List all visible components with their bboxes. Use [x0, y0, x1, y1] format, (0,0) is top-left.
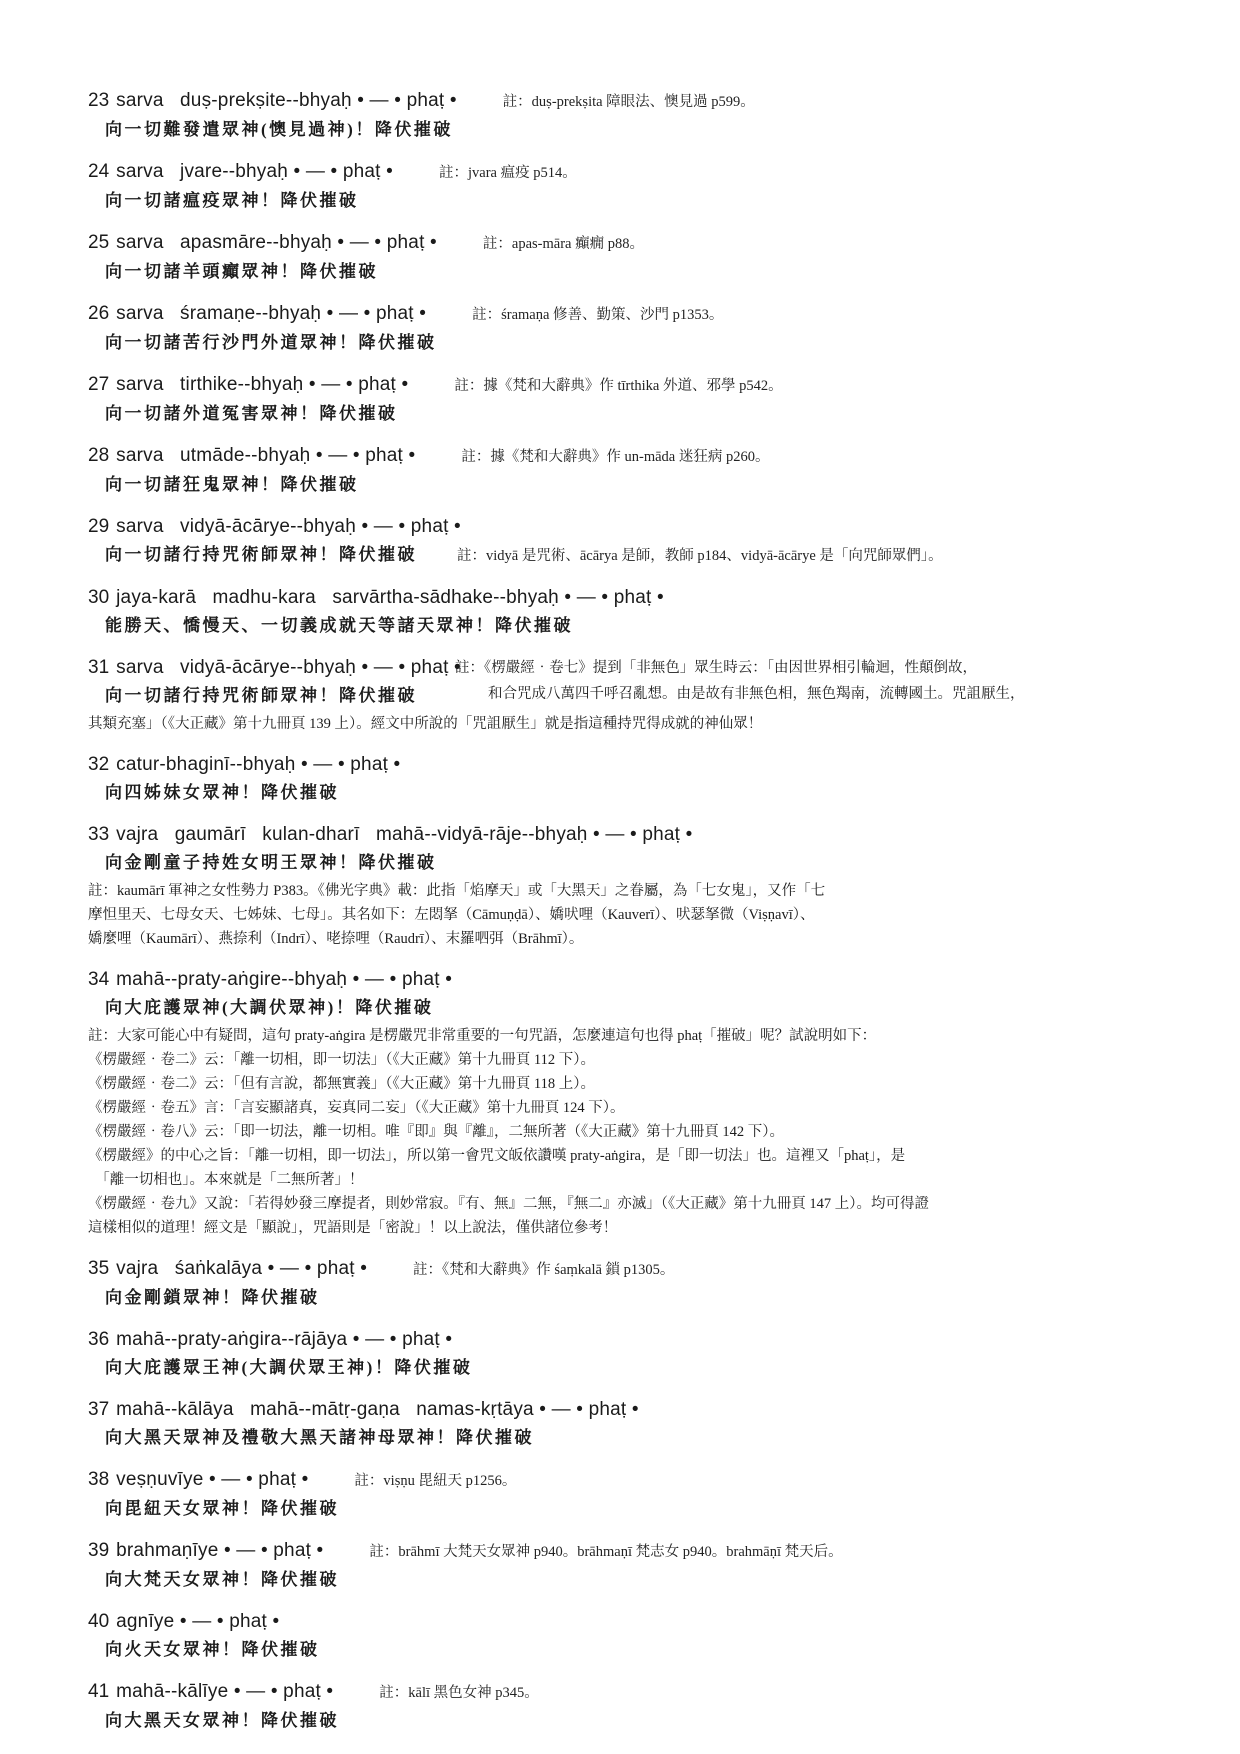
entry-line-chinese: 向大梵天女眾神！降伏摧破: [88, 1567, 1210, 1593]
entry-line-chinese: 向一切諸行持咒術師眾神！降伏摧破 註：vidyā 是咒術、ācārya 是師，教…: [88, 542, 1210, 569]
entry-chinese-translation: 能勝天、憍慢天、一切義成就天等諸天眾神！降伏摧破: [88, 613, 573, 639]
entry-sanskrit-text: sarva apasmāre--bhyaḥ • — • phaṭ •: [116, 230, 437, 256]
entry-line-chinese: 向一切諸瘟疫眾神！降伏摧破: [88, 188, 1210, 214]
entry-sanskrit-text: jaya-karā madhu-kara sarvārtha-sādhake--…: [116, 585, 664, 611]
entry-sanskrit-text: mahā--praty-aṅgira--rājāya • — • phaṭ •: [116, 1327, 452, 1353]
entry-sanskrit-text: sarva duṣ-prekṣite--bhyaḥ • — • phaṭ •: [116, 88, 457, 114]
entry-side-note: 註：據《梵和大辭典》作 tīrthika 外道、邪學 p542。: [454, 373, 782, 399]
block-note-line: 《楞嚴經‧卷五》言：「言妄顯諸真，妄真同二妄」（《大正藏》第十九冊頁 124 下…: [88, 1096, 1210, 1120]
entry-line-sanskrit: 27 sarva tirthike--bhyaḥ • — • phaṭ • 註：…: [88, 372, 1210, 399]
entry-chinese-translation: 向大庇護眾神(大調伏眾神)！降伏摧破: [88, 995, 433, 1021]
entry-chinese-translation: 向毘紐天女眾神！降伏摧破: [88, 1496, 339, 1522]
entry-line-sanskrit: 34 mahā--praty-aṅgire--bhyaḥ • — • phaṭ …: [88, 967, 1210, 993]
entry-number: 38: [88, 1467, 109, 1493]
entry-sanskrit-text: catur-bhaginī--bhyaḥ • — • phaṭ •: [116, 752, 400, 778]
entry-line-sanskrit: 39 brahmaṇīye • — • phaṭ • 註：brāhmī 大梵天女…: [88, 1538, 1210, 1565]
entry-number: 36: [88, 1327, 109, 1353]
mantra-entry: 31 sarva vidyā-ācārye--bhyaḥ • — • phaṭ …: [88, 655, 1210, 736]
entry-side-note-line2: 註：vidyā 是咒術、ācārya 是師，教師 p184、vidyā-ācār…: [457, 543, 943, 569]
mantra-entry: 38 veṣṇuvīye • — • phaṭ • 註：viṣṇu 毘紐天 p1…: [88, 1467, 1210, 1522]
entry-sanskrit-text: mahā--praty-aṅgire--bhyaḥ • — • phaṭ •: [116, 967, 452, 993]
entry-chinese-translation: 向一切諸外道冤害眾神！降伏摧破: [88, 401, 398, 427]
entry-line-chinese: 向金剛童子持姓女明王眾神！降伏摧破: [88, 850, 1210, 876]
block-note-line: 註：大家可能心中有疑問，這句 praty-aṅgira 是楞嚴咒非常重要的一句咒…: [88, 1024, 1210, 1048]
entry-sanskrit-text: agnīye • — • phaṭ •: [116, 1609, 279, 1635]
entry-line-chinese: 向大黑天眾神及禮敬大黑天諸神母眾神！降伏摧破: [88, 1425, 1210, 1451]
entry-line-chinese: 向火天女眾神！降伏摧破: [88, 1637, 1210, 1663]
entry-chinese-translation: 向金剛鎖眾神！降伏摧破: [88, 1285, 320, 1311]
entry-line-chinese: 向一切諸外道冤害眾神！降伏摧破: [88, 401, 1210, 427]
entry-number: 33: [88, 822, 109, 848]
block-note-line: 《楞嚴經‧卷八》云：「即一切法，離一切相。唯『即』與『離』，二無所著（《大正藏》…: [88, 1120, 1210, 1144]
entry-chinese-translation: 向大庇護眾王神(大調伏眾王神)！降伏摧破: [88, 1355, 472, 1381]
entry-number: 30: [88, 585, 109, 611]
mantra-entry: 28 sarva utmāde--bhyaḥ • — • phaṭ • 註：據《…: [88, 443, 1210, 498]
note-column-line: 和合咒成八萬四千呼召亂想。由是故有非無色相，無色羯南，流轉國土。咒詛厭生，: [455, 681, 1175, 707]
mantra-entry: 26 sarva śramaṇe--bhyaḥ • — • phaṭ • 註：ś…: [88, 301, 1210, 356]
entry-line-chinese: 向一切諸苦行沙門外道眾神！降伏摧破: [88, 330, 1210, 356]
entry-number: 23: [88, 88, 109, 114]
mantra-entry: 24 sarva jvare--bhyaḥ • — • phaṭ • 註：jva…: [88, 159, 1210, 214]
block-note-line: 「離一切相也」。本來就是「二無所著」！: [88, 1168, 1210, 1192]
entry-chinese-translation: 向一切諸行持咒術師眾神！降伏摧破: [88, 542, 417, 568]
entry-line-sanskrit: 38 veṣṇuvīye • — • phaṭ • 註：viṣṇu 毘紐天 p1…: [88, 1467, 1210, 1494]
entry-line-sanskrit: 35 vajra śaṅkalāya • — • phaṭ • 註：《梵和大辭典…: [88, 1256, 1210, 1283]
block-note-line: 《楞嚴經‧卷二》云：「離一切相，即一切法」（《大正藏》第十九冊頁 112 下）。: [88, 1048, 1210, 1072]
entry-chinese-translation: 向金剛童子持姓女明王眾神！降伏摧破: [88, 850, 437, 876]
entry-line-sanskrit: 25 sarva apasmāre--bhyaḥ • — • phaṭ • 註：…: [88, 230, 1210, 257]
entry-block-note: 註：大家可能心中有疑問，這句 praty-aṅgira 是楞嚴咒非常重要的一句咒…: [88, 1024, 1210, 1240]
entry-block-note: 註：kaumārī 軍神之女性勢力 P383。《佛光字典》載：此指「焰摩天」或「…: [88, 879, 1210, 951]
document-page: 23 sarva duṣ-prekṣite--bhyaḥ • — • phaṭ …: [0, 0, 1240, 1734]
entry-line-chinese: 向一切諸羊頭癲眾神！降伏摧破: [88, 259, 1210, 285]
mantra-entry: 25 sarva apasmāre--bhyaḥ • — • phaṭ • 註：…: [88, 230, 1210, 285]
block-note-line: 《楞嚴經》的中心之旨：「離一切相，即一切法」，所以第一會咒文皈依讚嘆 praty…: [88, 1144, 1210, 1168]
entry-number: 26: [88, 301, 109, 327]
mantra-entry: 41 mahā--kālīye • — • phaṭ • 註：kālī 黑色女神…: [88, 1679, 1210, 1734]
entry-line-sanskrit: 32 catur-bhaginī--bhyaḥ • — • phaṭ •: [88, 752, 1210, 778]
entry-chinese-translation: 向大梵天女眾神！降伏摧破: [88, 1567, 339, 1593]
entry-chinese-translation: 向一切諸苦行沙門外道眾神！降伏摧破: [88, 330, 437, 356]
entry-line-chinese: 向金剛鎖眾神！降伏摧破: [88, 1285, 1210, 1311]
note-column-line: 註：《楞嚴經‧卷七》提到「非無色」眾生時云：「由因世界相引輪迴，性顛倒故，: [455, 655, 1175, 681]
entry-sanskrit-text: sarva jvare--bhyaḥ • — • phaṭ •: [116, 159, 393, 185]
entry-sanskrit-text: veṣṇuvīye • — • phaṭ •: [116, 1467, 308, 1493]
entry-line-chinese: 能勝天、憍慢天、一切義成就天等諸天眾神！降伏摧破: [88, 613, 1210, 639]
entry-line-chinese: 向大庇護眾王神(大調伏眾王神)！降伏摧破: [88, 1355, 1210, 1381]
entry-line-sanskrit: 41 mahā--kālīye • — • phaṭ • 註：kālī 黑色女神…: [88, 1679, 1210, 1706]
block-note-line: 摩怛里天、七母女天、七姊妹、七母」。其名如下：左悶拏（Cāmuṇḍā）、嬌吠哩（…: [88, 903, 1210, 927]
entry-side-note: 註：viṣṇu 毘紐天 p1256。: [354, 1468, 516, 1494]
entry-number: 29: [88, 514, 109, 540]
entry-side-note: 註：apas-māra 癲癇 p88。: [483, 231, 644, 257]
entry-sanskrit-text: sarva vidyā-ācārye--bhyaḥ • — • phaṭ •: [116, 655, 461, 681]
block-note-line: 《楞嚴經‧卷二》云：「但有言說，都無實義」（《大正藏》第十九冊頁 118 上）。: [88, 1072, 1210, 1096]
mantra-entry: 32 catur-bhaginī--bhyaḥ • — • phaṭ • 向四姊…: [88, 752, 1210, 806]
block-note-line: 註：kaumārī 軍神之女性勢力 P383。《佛光字典》載：此指「焰摩天」或「…: [88, 879, 1210, 903]
entry-number: 28: [88, 443, 109, 469]
mantra-entry: 27 sarva tirthike--bhyaḥ • — • phaṭ • 註：…: [88, 372, 1210, 427]
block-note-line: 《楞嚴經‧卷九》又說：「若得妙發三摩提者，則妙常寂。『有、無』二無，『無二』亦滅…: [88, 1192, 1210, 1216]
entry-sanskrit-text: sarva tirthike--bhyaḥ • — • phaṭ •: [116, 372, 408, 398]
entry-side-note: 註：據《梵和大辭典》作 un-māda 迷狂病 p260。: [461, 444, 769, 470]
entry-sanskrit-text: vajra śaṅkalāya • — • phaṭ •: [116, 1256, 367, 1282]
entry-number: 25: [88, 230, 109, 256]
mantra-entry: 40 agnīye • — • phaṭ • 向火天女眾神！降伏摧破: [88, 1609, 1210, 1663]
entry-line-sanskrit: 23 sarva duṣ-prekṣite--bhyaḥ • — • phaṭ …: [88, 88, 1210, 115]
block-note-line: 嬌麼哩（Kaumārī）、燕捺利（Indrī）、咾捺哩（Raudrī）、末羅呬弭…: [88, 927, 1210, 951]
entry-sanskrit-text: sarva vidyā-ācārye--bhyaḥ • — • phaṭ •: [116, 514, 461, 540]
entry-chinese-translation: 向一切難發遣眾神(懊見過神)！降伏摧破: [88, 117, 453, 143]
entry-chinese-translation: 向一切諸瘟疫眾神！降伏摧破: [88, 188, 359, 214]
entry-chinese-translation: 向一切諸羊頭癲眾神！降伏摧破: [88, 259, 378, 285]
entry-line-sanskrit: 40 agnīye • — • phaṭ •: [88, 1609, 1210, 1635]
mantra-entry: 30 jaya-karā madhu-kara sarvārtha-sādhak…: [88, 585, 1210, 639]
mantra-entry: 34 mahā--praty-aṅgire--bhyaḥ • — • phaṭ …: [88, 967, 1210, 1240]
entry-number: 34: [88, 967, 109, 993]
mantra-entry: 35 vajra śaṅkalāya • — • phaṭ • 註：《梵和大辭典…: [88, 1256, 1210, 1311]
entry-line-chinese: 向大庇護眾神(大調伏眾神)！降伏摧破: [88, 995, 1210, 1021]
entry-sanskrit-text: sarva śramaṇe--bhyaḥ • — • phaṭ •: [116, 301, 426, 327]
entry-side-note: 註：duṣ-prekṣita 障眼法、懊見過 p599。: [503, 89, 755, 115]
entry-number: 27: [88, 372, 109, 398]
entry-number: 39: [88, 1538, 109, 1564]
entry-note-column: 註：《楞嚴經‧卷七》提到「非無色」眾生時云：「由因世界相引輪迴，性顛倒故，和合咒…: [455, 655, 1175, 707]
entry-sanskrit-text: sarva utmāde--bhyaḥ • — • phaṭ •: [116, 443, 415, 469]
entry-number: 24: [88, 159, 109, 185]
block-note-line: 其類充塞」（《大正藏》第十九冊頁 139 上）。經文中所說的「咒詛厭生」就是指這…: [88, 712, 1210, 736]
entry-sanskrit-text: mahā--kālāya mahā--mātṛ-gaṇa namas-kṛtāy…: [116, 1397, 639, 1423]
entry-sanskrit-text: vajra gaumārī kulan-dharī mahā--vidyā-rā…: [116, 822, 692, 848]
entry-line-sanskrit: 36 mahā--praty-aṅgira--rājāya • — • phaṭ…: [88, 1327, 1210, 1353]
entry-line-chinese: 向毘紐天女眾神！降伏摧破: [88, 1496, 1210, 1522]
entry-line-sanskrit: 30 jaya-karā madhu-kara sarvārtha-sādhak…: [88, 585, 1210, 611]
entry-line-sanskrit: 37 mahā--kālāya mahā--mātṛ-gaṇa namas-kṛ…: [88, 1397, 1210, 1423]
entry-line-sanskrit: 33 vajra gaumārī kulan-dharī mahā--vidyā…: [88, 822, 1210, 848]
entry-number: 35: [88, 1256, 109, 1282]
entry-line-sanskrit: 24 sarva jvare--bhyaḥ • — • phaṭ • 註：jva…: [88, 159, 1210, 186]
mantra-entry: 36 mahā--praty-aṅgira--rājāya • — • phaṭ…: [88, 1327, 1210, 1381]
entry-number: 41: [88, 1679, 109, 1705]
entry-chinese-translation: 向一切諸行持咒術師眾神！降伏摧破: [88, 683, 417, 709]
entry-side-note: 註：śramaṇa 修善、勤策、沙門 p1353。: [472, 302, 723, 328]
entry-sanskrit-text: brahmaṇīye • — • phaṭ •: [116, 1538, 323, 1564]
mantra-entry: 29 sarva vidyā-ācārye--bhyaḥ • — • phaṭ …: [88, 514, 1210, 569]
entry-side-note: 註：jvara 瘟疫 p514。: [439, 160, 577, 186]
entry-line-sanskrit: 29 sarva vidyā-ācārye--bhyaḥ • — • phaṭ …: [88, 514, 1210, 540]
mantra-entry: 37 mahā--kālāya mahā--mātṛ-gaṇa namas-kṛ…: [88, 1397, 1210, 1451]
entry-number: 37: [88, 1397, 109, 1423]
mantra-entry: 39 brahmaṇīye • — • phaṭ • 註：brāhmī 大梵天女…: [88, 1538, 1210, 1593]
entry-chinese-translation: 向一切諸狂鬼眾神！降伏摧破: [88, 472, 359, 498]
entry-line-chinese: 向四姊妹女眾神！降伏摧破: [88, 780, 1210, 806]
entry-line-chinese: 向一切諸狂鬼眾神！降伏摧破: [88, 472, 1210, 498]
entry-chinese-translation: 向大黑天眾神及禮敬大黑天諸神母眾神！降伏摧破: [88, 1425, 534, 1451]
entry-side-note: 註：《梵和大辭典》作 śaṃkalā 鎖 p1305。: [413, 1257, 674, 1283]
entry-number: 31: [88, 655, 109, 681]
entry-chinese-translation: 向火天女眾神！降伏摧破: [88, 1637, 320, 1663]
entry-number: 40: [88, 1609, 109, 1635]
entry-sanskrit-text: mahā--kālīye • — • phaṭ •: [116, 1679, 333, 1705]
entry-chinese-translation: 向大黑天女眾神！降伏摧破: [88, 1708, 339, 1734]
mantra-entry: 33 vajra gaumārī kulan-dharī mahā--vidyā…: [88, 822, 1210, 951]
entry-line-chinese: 向一切難發遣眾神(懊見過神)！降伏摧破: [88, 117, 1210, 143]
entry-line-sanskrit: 28 sarva utmāde--bhyaḥ • — • phaṭ • 註：據《…: [88, 443, 1210, 470]
entry-line-chinese: 向大黑天女眾神！降伏摧破: [88, 1708, 1210, 1734]
entry-block-note: 其類充塞」（《大正藏》第十九冊頁 139 上）。經文中所說的「咒詛厭生」就是指這…: [88, 712, 1210, 736]
entry-line-sanskrit: 26 sarva śramaṇe--bhyaḥ • — • phaṭ • 註：ś…: [88, 301, 1210, 328]
mantra-entry: 23 sarva duṣ-prekṣite--bhyaḥ • — • phaṭ …: [88, 88, 1210, 143]
block-note-line: 這樣相似的道理！經文是「顯說」，咒語則是「密說」！以上說法，僅供諸位參考！: [88, 1216, 1210, 1240]
entry-chinese-translation: 向四姊妹女眾神！降伏摧破: [88, 780, 339, 806]
entry-number: 32: [88, 752, 109, 778]
entry-side-note: 註：kālī 黑色女神 p345。: [379, 1680, 539, 1706]
entry-side-note: 註：brāhmī 大梵天女眾神 p940。brāhmaṇī 梵志女 p940。b…: [369, 1539, 842, 1565]
